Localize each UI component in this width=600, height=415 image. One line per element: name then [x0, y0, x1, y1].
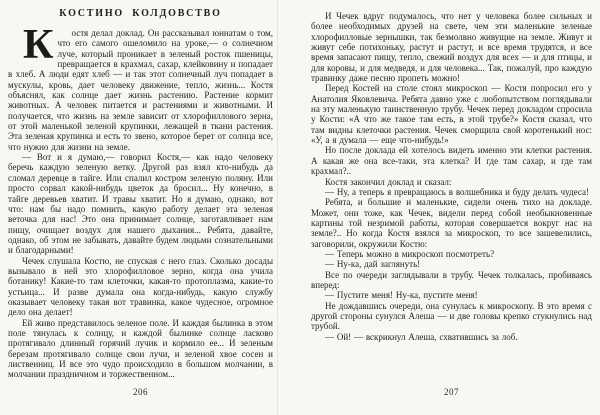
paragraph: — Вот и я думаю,— говорил Костя,— как на… [8, 152, 273, 255]
paragraph: Перед Костей на столе стоял микроскоп — … [311, 83, 592, 145]
paragraph: Все по очереди заглядывали в трубу. Чече… [311, 270, 592, 291]
paragraph: Ребята, и большие и маленькие, сидели оч… [311, 197, 592, 249]
paragraph: — Пустите меня! Ну-ка, пустите меня! [311, 290, 592, 300]
paragraph: Костя закончил доклад и сказал: [311, 177, 592, 187]
left-page: КОСТИНО КОЛДОВСТВО Костя делал доклад. О… [8, 8, 273, 380]
paragraph: Ей живо представилось зеленое поле. И ка… [8, 318, 273, 380]
paragraph: Костя делал доклад. Он рассказывал юннат… [8, 28, 273, 152]
paragraph: — Теперь можно в микроскоп посмотреть? [311, 249, 592, 259]
paragraph: — Ну, а теперь я превращаюсь в волшебник… [311, 187, 592, 197]
chapter-title: КОСТИНО КОЛДОВСТВО [8, 8, 273, 19]
page-number-left: 206 [8, 387, 273, 397]
paragraph: Чечек слушала Костю, не спуская с него г… [8, 256, 273, 318]
right-page: И Чечек вдруг подумалось, что нет у чело… [311, 11, 592, 342]
paragraph: И Чечек вдруг подумалось, что нет у чело… [311, 11, 592, 83]
drop-cap-letter: К [8, 28, 57, 60]
paragraph: — Ой! — вскрикнул Алеша, схватившись за … [311, 332, 592, 342]
paragraph: — Ну-ка, дай заглянуть! [311, 259, 592, 269]
paragraph: Но после доклада ей хотелось видеть имен… [311, 145, 592, 176]
page-number-right: 207 [311, 387, 592, 397]
paragraph: Не дождавшись очереди, она сунулась к ми… [311, 301, 592, 332]
book-spread: КОСТИНО КОЛДОВСТВО Костя делал доклад. О… [0, 0, 600, 415]
page-gutter-divider [277, 0, 278, 415]
